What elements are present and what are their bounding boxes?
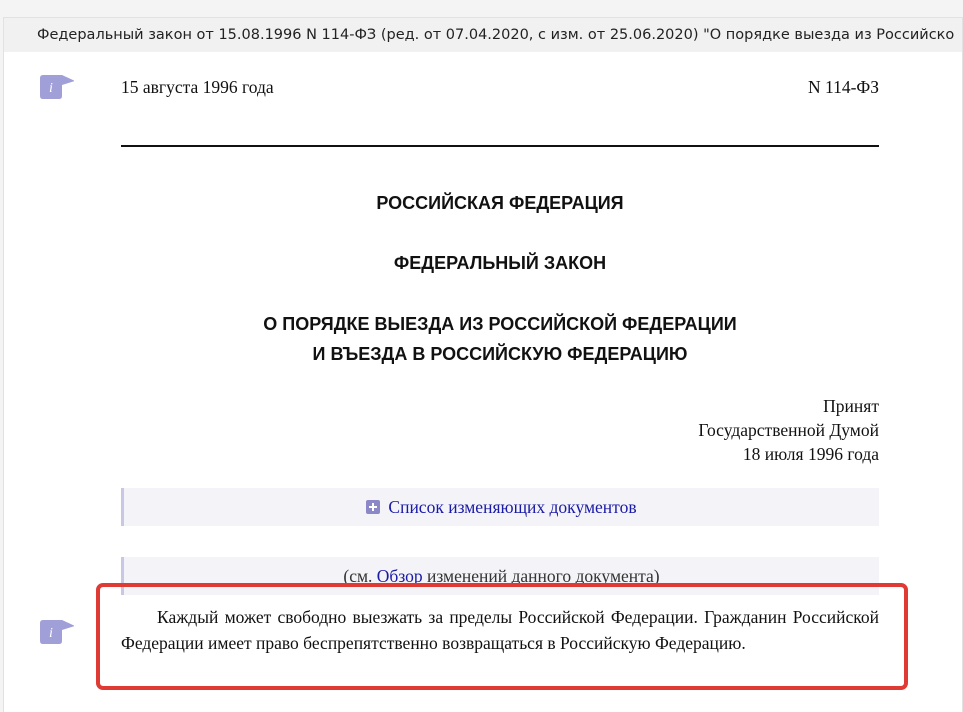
- expand-plus-icon[interactable]: [366, 500, 380, 514]
- document-number: N 114-ФЗ: [808, 77, 879, 98]
- adopted-line2: Государственной Думой: [121, 418, 879, 442]
- info-icon[interactable]: i: [40, 620, 74, 644]
- adopted-line3: 18 июля 1996 года: [121, 442, 879, 466]
- document-date: 15 августа 1996 года: [121, 77, 274, 97]
- document-title-bar: Федеральный закон от 15.08.1996 N 114-ФЗ…: [4, 18, 962, 52]
- svg-text:i: i: [49, 626, 53, 641]
- amendments-block: Список изменяющих документов: [121, 488, 879, 526]
- article-paragraph: Каждый может свободно выезжать за предел…: [121, 604, 879, 656]
- adopted-by: Принят Государственной Думой 18 июля 199…: [121, 394, 879, 466]
- country-heading: РОССИЙСКАЯ ФЕДЕРАЦИЯ: [121, 188, 879, 218]
- amendments-link[interactable]: Список изменяющих документов: [388, 497, 636, 517]
- document-date-line: 15 августа 1996 года N 114-ФЗ: [121, 77, 879, 98]
- svg-text:i: i: [49, 81, 53, 96]
- law-title-line1: О ПОРЯДКЕ ВЫЕЗДА ИЗ РОССИЙСКОЙ ФЕДЕРАЦИИ: [121, 309, 879, 339]
- divider: [121, 145, 879, 147]
- law-type-heading: ФЕДЕРАЛЬНЫЙ ЗАКОН: [121, 248, 879, 278]
- law-title-line2: И ВЪЕЗДА В РОССИЙСКУЮ ФЕДЕРАЦИЮ: [121, 339, 879, 369]
- info-icon[interactable]: i: [40, 75, 74, 99]
- adopted-line1: Принят: [121, 394, 879, 418]
